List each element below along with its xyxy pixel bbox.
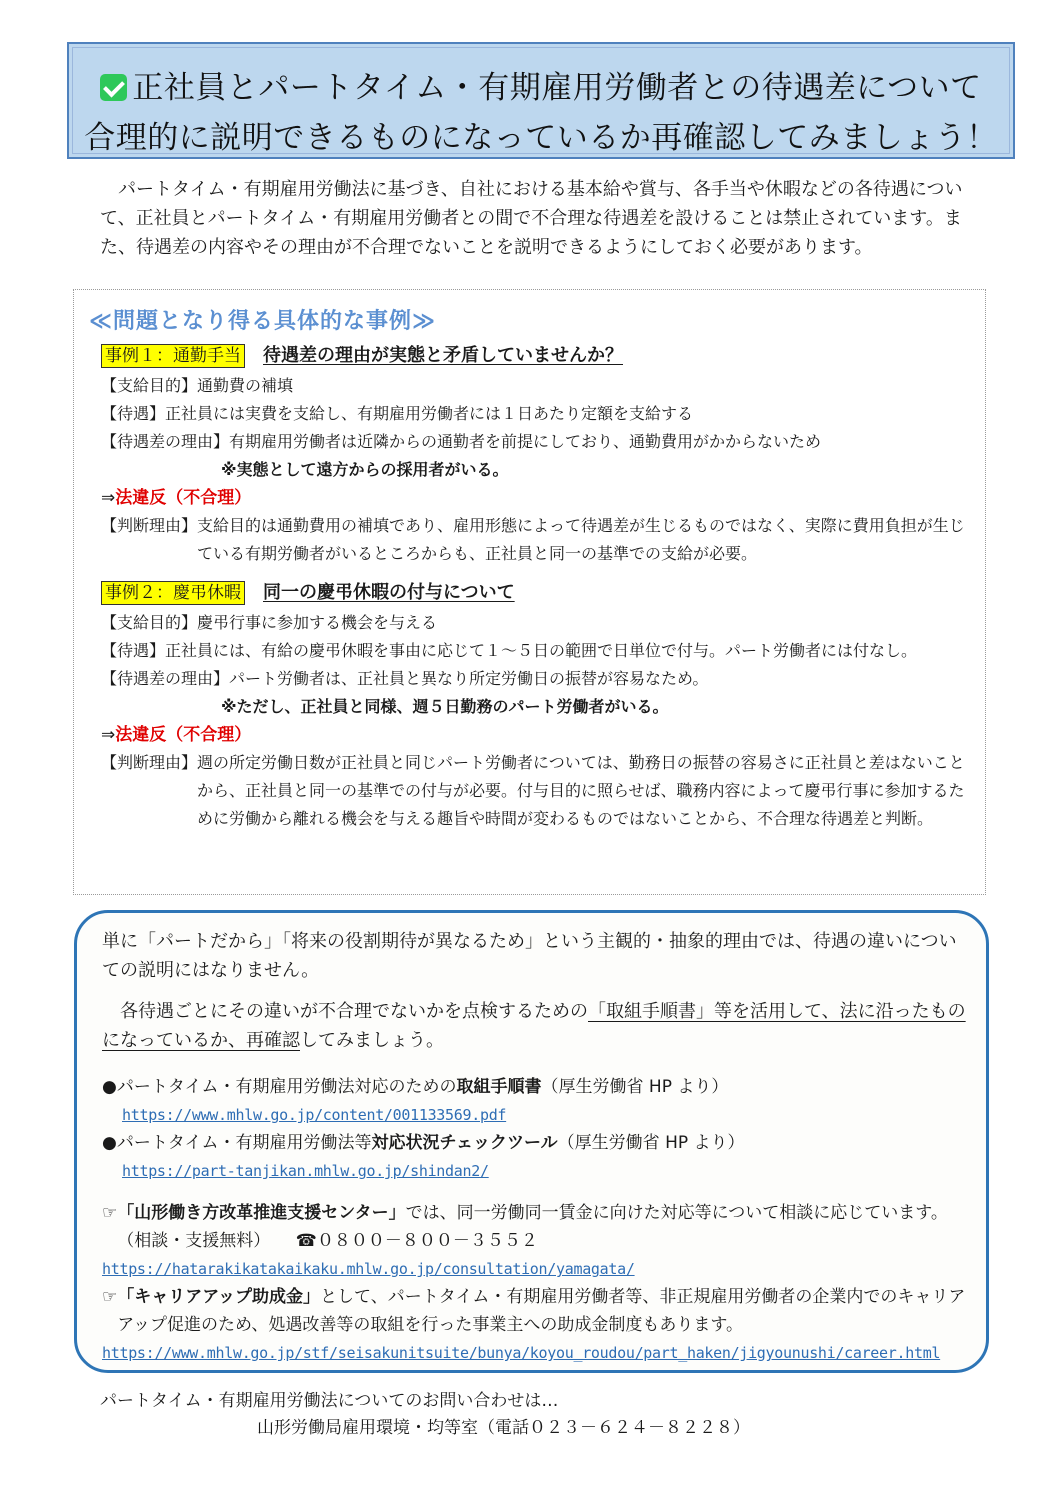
resource-item: ●パートタイム・有期雇用労働法対応のための取組手順書（厚生労働省 HP より） <box>102 1073 967 1101</box>
case-heading: ≪問題となり得る具体的な事例≫ <box>89 304 436 335</box>
subsidy-text: 「キャリアアップ助成金」として、パートタイム・有期雇用労働者等、非正規雇用労働者… <box>117 1283 967 1339</box>
title-banner: 正社員とパートタイム・有期雇用労働者との待遇差について 合理的に説明できるものに… <box>67 42 1015 159</box>
treatment-text: 正社員には実費を支給し、有期雇用労働者には１日あたり定額を支給する <box>165 404 693 423</box>
bullet-icon: ● <box>102 1077 117 1097</box>
support-link-row: https://hatarakikatakaikaku.mhlw.go.jp/c… <box>102 1255 967 1283</box>
treatment-row: 【待遇】正社員には、有給の慶弔休暇を事由に応じて１～５日の範囲で日単位で付与。パ… <box>101 637 971 665</box>
case-subtitle: 待遇差の理由が実態と矛盾していませんか？ <box>263 342 623 370</box>
phone-icon: ☎ <box>296 1231 317 1251</box>
purpose-text: 通勤費の補填 <box>197 376 293 395</box>
verdict-text: 法違反（不合理） <box>115 725 251 745</box>
pointing-hand-icon: ☞ <box>102 1199 117 1255</box>
pointing-hand-icon: ☞ <box>102 1283 117 1339</box>
judgment-label: 【判断理由】 <box>101 512 197 568</box>
reason-row: 【待遇差の理由】有期雇用労働者は近隣からの通勤者を前提にしており、通勤費用がかか… <box>101 428 971 456</box>
reason-row: 【待遇差の理由】パート労働者は、正社員と異なり所定労働日の振替が容易なため。 <box>101 665 971 693</box>
resource-bold: 対応状況チェックツール <box>372 1133 558 1153</box>
case-examples-box: ≪問題となり得る具体的な事例≫ 事例１：通勤手当待遇差の理由が実態と矛盾していま… <box>73 289 986 895</box>
title-line-1: 正社員とパートタイム・有期雇用労働者との待遇差について <box>69 62 1013 107</box>
intro-text: パートタイム・有期雇用労働法に基づき、自社における基本給や賞与、各手当や休暇など… <box>100 175 970 262</box>
purpose-label: 【支給目的】 <box>101 613 197 632</box>
reason-text: 有期雇用労働者は近隣からの通勤者を前提にしており、通勤費用がかからないため <box>229 432 821 451</box>
verdict-text: 法違反（不合理） <box>115 488 251 508</box>
judgment-label: 【判断理由】 <box>101 749 197 833</box>
resource-link[interactable]: https://www.mhlw.go.jp/content/001133569… <box>122 1106 506 1124</box>
case-subtitle: 同一の慶弔休暇の付与について <box>263 579 515 607</box>
case-1: 事例１：通勤手当待遇差の理由が実態と矛盾していませんか？ 【支給目的】通勤費の補… <box>101 342 971 568</box>
advice-box: 単に「パートだから」「将来の役割期待が異なるため」という主観的・抽象的理由では、… <box>74 910 989 1373</box>
advice-content: 単に「パートだから」「将来の役割期待が異なるため」という主観的・抽象的理由では、… <box>102 927 967 1367</box>
purpose-row: 【支給目的】慶弔行事に参加する機会を与える <box>101 609 971 637</box>
judgment-text: 週の所定労働日数が正社員と同じパート労働者については、勤務日の振替の容易さに正社… <box>197 749 971 833</box>
subsidy-link[interactable]: https://www.mhlw.go.jp/stf/seisakunitsui… <box>102 1344 940 1362</box>
case-2: 事例２：慶弔休暇同一の慶弔休暇の付与について 【支給目的】慶弔行事に参加する機会… <box>101 579 971 833</box>
arrow-icon: ⇒ <box>101 725 115 745</box>
treatment-label: 【待遇】 <box>101 404 165 423</box>
support-center-block: ☞「山形働き方改革推進支援センター」では、同一労働同一賃金に向けた対応等について… <box>102 1199 967 1283</box>
purpose-label: 【支給目的】 <box>101 376 197 395</box>
bullet-icon: ● <box>102 1133 117 1153</box>
intro-paragraph: パートタイム・有期雇用労働法に基づき、自社における基本給や賞与、各手当や休暇など… <box>100 175 970 262</box>
reason-label: 【待遇差の理由】 <box>101 669 229 688</box>
judgment-row: 【判断理由】支給目的は通勤費用の補填であり、雇用形態によって待遇差が生じるもので… <box>101 512 971 568</box>
subsidy-text-row: ☞「キャリアアップ助成金」として、パートタイム・有期雇用労働者等、非正規雇用労働… <box>102 1283 967 1339</box>
arrow-icon: ⇒ <box>101 488 115 508</box>
footer-line-2: 山形労働局雇用環境・均等室（電話０２３－６２４－８２２８） <box>100 1415 750 1442</box>
purpose-row: 【支給目的】通勤費の補填 <box>101 372 971 400</box>
subsidy-link-row: https://www.mhlw.go.jp/stf/seisakunitsui… <box>102 1339 967 1367</box>
resource-text: パートタイム・有期雇用労働法対応のための <box>117 1077 457 1097</box>
resource-text: パートタイム・有期雇用労働法等 <box>117 1133 372 1153</box>
resource-list: ●パートタイム・有期雇用労働法対応のための取組手順書（厚生労働省 HP より） … <box>102 1073 967 1185</box>
check-icon <box>100 74 127 101</box>
case-title-row: 事例２：慶弔休暇同一の慶弔休暇の付与について <box>101 579 971 609</box>
case-title-row: 事例１：通勤手当待遇差の理由が実態と矛盾していませんか？ <box>101 342 971 372</box>
title-text-1: 正社員とパートタイム・有期雇用労働者との待遇差について <box>132 70 981 106</box>
case-tag: 事例１：通勤手当 <box>101 344 245 368</box>
resource-source: （厚生労働省 HP より） <box>542 1077 729 1097</box>
note-row: ※実態として遠方からの採用者がいる。 <box>101 456 971 484</box>
resource-source: （厚生労働省 HP より） <box>558 1133 745 1153</box>
treatment-label: 【待遇】 <box>101 637 165 665</box>
judgment-text: 支給目的は通勤費用の補填であり、雇用形態によって待遇差が生じるものではなく、実際… <box>197 512 971 568</box>
advice-para-2: 各待遇ごとにその違いが不合理でないかを点検するための「取組手順書」等を活用して、… <box>102 997 967 1055</box>
support-center-name: 「山形働き方改革推進支援センター」 <box>117 1203 405 1223</box>
support-text: 「山形働き方改革推進支援センター」では、同一労働同一賃金に向けた対応等について相… <box>117 1199 967 1255</box>
para2-text-c: してみましょう。 <box>300 1030 444 1051</box>
purpose-text: 慶弔行事に参加する機会を与える <box>197 613 437 632</box>
verdict-row: ⇒法違反（不合理） <box>101 721 971 749</box>
resource-link[interactable]: https://part-tanjikan.mhlw.go.jp/shindan… <box>122 1162 489 1180</box>
phone-number: ０８００－８００－３５５２ <box>317 1231 538 1251</box>
resource-link-row: https://www.mhlw.go.jp/content/001133569… <box>102 1101 967 1129</box>
support-text-row: ☞「山形働き方改革推進支援センター」では、同一労働同一賃金に向けた対応等について… <box>102 1199 967 1255</box>
contact-footer: パートタイム・有期雇用労働法についてのお問い合わせは… 山形労働局雇用環境・均等… <box>100 1388 750 1442</box>
treatment-row: 【待遇】正社員には実費を支給し、有期雇用労働者には１日あたり定額を支給する <box>101 400 971 428</box>
reason-label: 【待遇差の理由】 <box>101 432 229 451</box>
advice-para-1: 単に「パートだから」「将来の役割期待が異なるため」という主観的・抽象的理由では、… <box>102 927 967 985</box>
para2-text-a: 各待遇ごとにその違いが不合理でないかを点検するための <box>120 1001 588 1022</box>
note-row: ※ただし、正社員と同様、週５日勤務のパート労働者がいる。 <box>101 693 971 721</box>
case-tag: 事例２：慶弔休暇 <box>101 581 245 605</box>
reason-text: パート労働者は、正社員と異なり所定労働日の振替が容易なため。 <box>229 669 708 688</box>
resource-item: ●パートタイム・有期雇用労働法等対応状況チェックツール（厚生労働省 HP より） <box>102 1129 967 1157</box>
treatment-text: 正社員には、有給の慶弔休暇を事由に応じて１～５日の範囲で日単位で付与。パート労働… <box>165 637 971 665</box>
verdict-row: ⇒法違反（不合理） <box>101 484 971 512</box>
title-line-2: 合理的に説明できるものになっているか再確認してみましょう！ <box>69 112 1013 157</box>
subsidy-block: ☞「キャリアアップ助成金」として、パートタイム・有期雇用労働者等、非正規雇用労働… <box>102 1283 967 1367</box>
footer-line-1: パートタイム・有期雇用労働法についてのお問い合わせは… <box>100 1388 750 1415</box>
resource-bold: 取組手順書 <box>457 1077 542 1097</box>
support-link[interactable]: https://hatarakikatakaikaku.mhlw.go.jp/c… <box>102 1260 635 1278</box>
subsidy-name: 「キャリアアップ助成金」 <box>117 1287 320 1307</box>
judgment-row: 【判断理由】週の所定労働日数が正社員と同じパート労働者については、勤務日の振替の… <box>101 749 971 833</box>
resource-link-row: https://part-tanjikan.mhlw.go.jp/shindan… <box>102 1157 967 1185</box>
